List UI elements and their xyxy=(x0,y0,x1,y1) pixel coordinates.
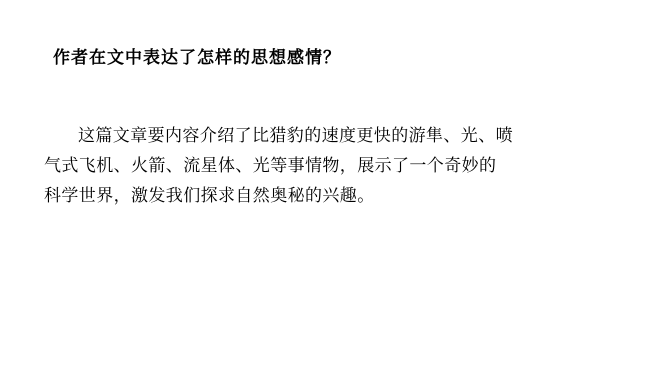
paragraph-line-1: 这篇文章要内容介绍了比猎豹的速度更快的游隼、光、喷 xyxy=(44,121,524,151)
paragraph-line-3: 科学世界，激发我们探求自然奥秘的兴趣。 xyxy=(44,181,524,211)
slide-canvas: 作者在文中表达了怎样的思想感情？ 这篇文章要内容介绍了比猎豹的速度更快的游隼、光… xyxy=(0,0,668,376)
paragraph-line-2: 气式飞机、火箭、流星体、光等事情物，展示了一个奇妙的 xyxy=(44,151,524,181)
slide-body-paragraph: 这篇文章要内容介绍了比猎豹的速度更快的游隼、光、喷 气式飞机、火箭、流星体、光等… xyxy=(44,121,524,211)
slide-title: 作者在文中表达了怎样的思想感情？ xyxy=(53,43,341,68)
